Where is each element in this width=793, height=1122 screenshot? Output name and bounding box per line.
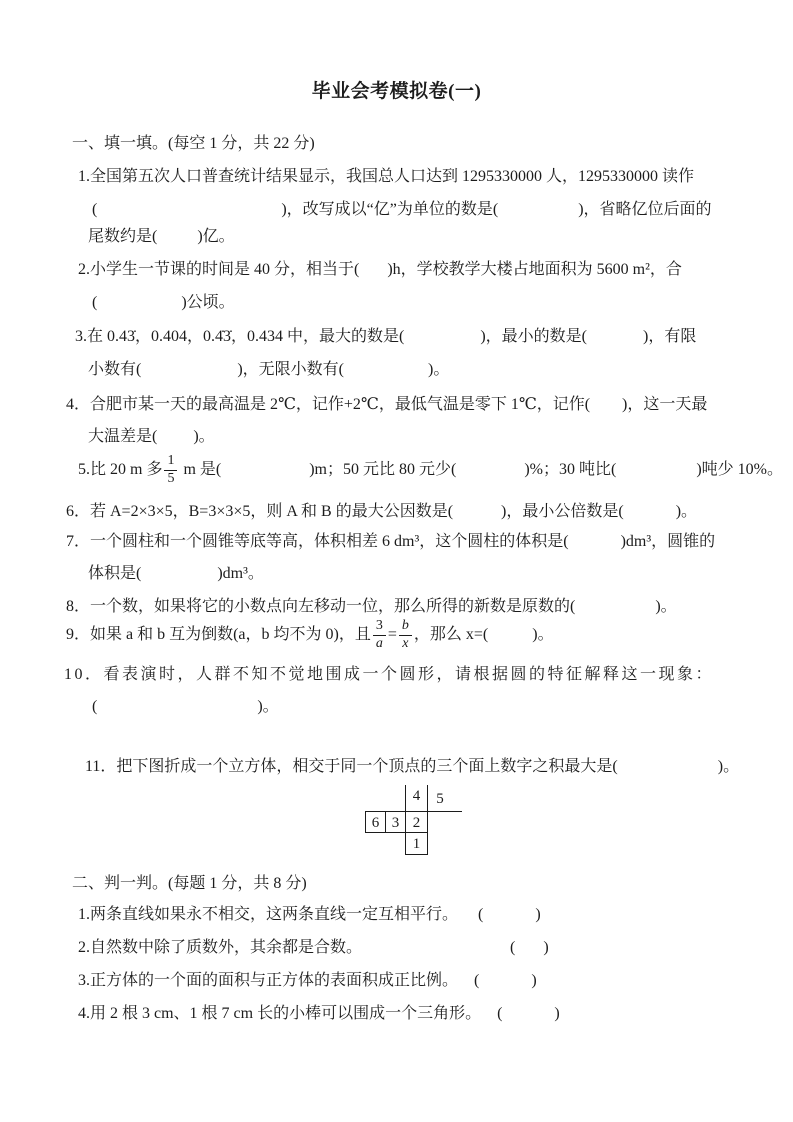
judge-item-4: 4.用 2 根 3 cm、1 根 7 cm 长的小棒可以围成一个三角形。 ( ) (78, 1001, 560, 1027)
question-7-line-1: 7．一个圆柱和一个圆锥等底等高，体积相差 6 dm³，这个圆柱的体积是( )dm… (66, 529, 715, 555)
net-cell-4: 4 (405, 785, 428, 811)
section-one-header: 一、填一填。(每空 1 分，共 22 分) (72, 131, 315, 157)
question-11-line-1: 11．把下图折成一个立方体，相交于同一个顶点的三个面上数字之积最大是( )。 (85, 754, 739, 780)
net-cell-2: 2 (405, 811, 428, 833)
question-2-line-2: ( )公顷。 (92, 290, 235, 316)
question-9-prefix: 9．如果 a 和 b 互为倒数(a，b 均不为 0)，且 (66, 622, 371, 648)
fraction-numerator: 3 (373, 618, 386, 635)
question-6-line-1: 6．若 A=2×3×5，B=3×3×5，则 A 和 B 的最大公因数是( )，最… (66, 499, 697, 525)
fraction-one-fifth: 1 5 (164, 453, 177, 486)
fraction-denominator: 5 (164, 471, 177, 487)
question-4-line-1: 4．合肥市某一天的最高温是 2℃，记作+2℃，最低气温是零下 1℃，记作( )，… (66, 392, 707, 418)
question-5-prefix: 5.比 20 m 多 (78, 457, 162, 483)
net-cell-6: 6 (365, 811, 386, 833)
question-5: 5.比 20 m 多 1 5 m 是( )m；50 元比 80 元少( )%；3… (78, 447, 783, 493)
net-line (428, 811, 462, 812)
question-1-line-3: 尾数约是( )亿。 (88, 224, 235, 250)
judge-item-1: 1.两条直线如果永不相交，这两条直线一定互相平行。 ( ) (78, 902, 541, 928)
fraction-numerator: b (399, 618, 412, 635)
fraction-b-over-x: b x (399, 618, 412, 651)
judge-item-3: 3.正方体的一个面的面积与正方体的表面积成正比例。 ( ) (78, 968, 537, 994)
exam-paper-page: 毕业会考模拟卷(一) 一、填一填。(每空 1 分，共 22 分) 1.全国第五次… (0, 0, 793, 1122)
net-cell-3: 3 (385, 811, 406, 833)
net-cell-5: 5 (428, 788, 452, 811)
question-10-line-1: 10．看表演时，人群不知不觉地围成一个圆形，请根据圆的特征解释这一现象： (64, 662, 714, 688)
judge-item-2: 2.自然数中除了质数外，其余都是合数。 ( ) (78, 935, 549, 961)
question-9-suffix: ，那么 x=( )。 (414, 622, 554, 648)
fraction-numerator: 1 (164, 453, 177, 470)
question-7-line-2: 体积是( )dm³。 (88, 561, 264, 587)
question-1-line-1: 1.全国第五次人口普查统计结果显示，我国总人口达到 1295330000 人，1… (78, 164, 694, 190)
cube-net-diagram: 4 5 6 3 2 1 (365, 788, 465, 860)
section-two-header: 二、判一判。(每题 1 分，共 8 分) (72, 871, 307, 897)
net-cell-1: 1 (405, 832, 428, 855)
question-5-suffix: m 是( )m；50 元比 80 元少( )%；30 吨比( )吨少 10%。 (179, 457, 783, 483)
fraction-three-over-a: 3 a (373, 618, 386, 651)
question-3-line-1: 3.在 0.43̇，0.404，0.4̇3̇，0.434 中，最大的数是( )，… (75, 324, 696, 350)
fraction-denominator: a (373, 636, 386, 652)
question-1-line-2: ( )，改写成以“亿”为单位的数是( )，省略亿位后面的 (92, 197, 712, 223)
question-3-line-2: 小数有( )，无限小数有( )。 (88, 357, 449, 383)
equals-sign: = (388, 622, 397, 648)
fraction-denominator: x (399, 636, 411, 652)
page-title: 毕业会考模拟卷(一) (0, 76, 793, 103)
question-2-line-1: 2.小学生一节课的时间是 40 分，相当于( )h，学校教学大楼占地面积为 56… (78, 257, 682, 283)
question-10-line-2: ( )。 (92, 694, 279, 720)
question-9: 9．如果 a 和 b 互为倒数(a，b 均不为 0)，且 3 a = b x ，… (66, 612, 554, 658)
